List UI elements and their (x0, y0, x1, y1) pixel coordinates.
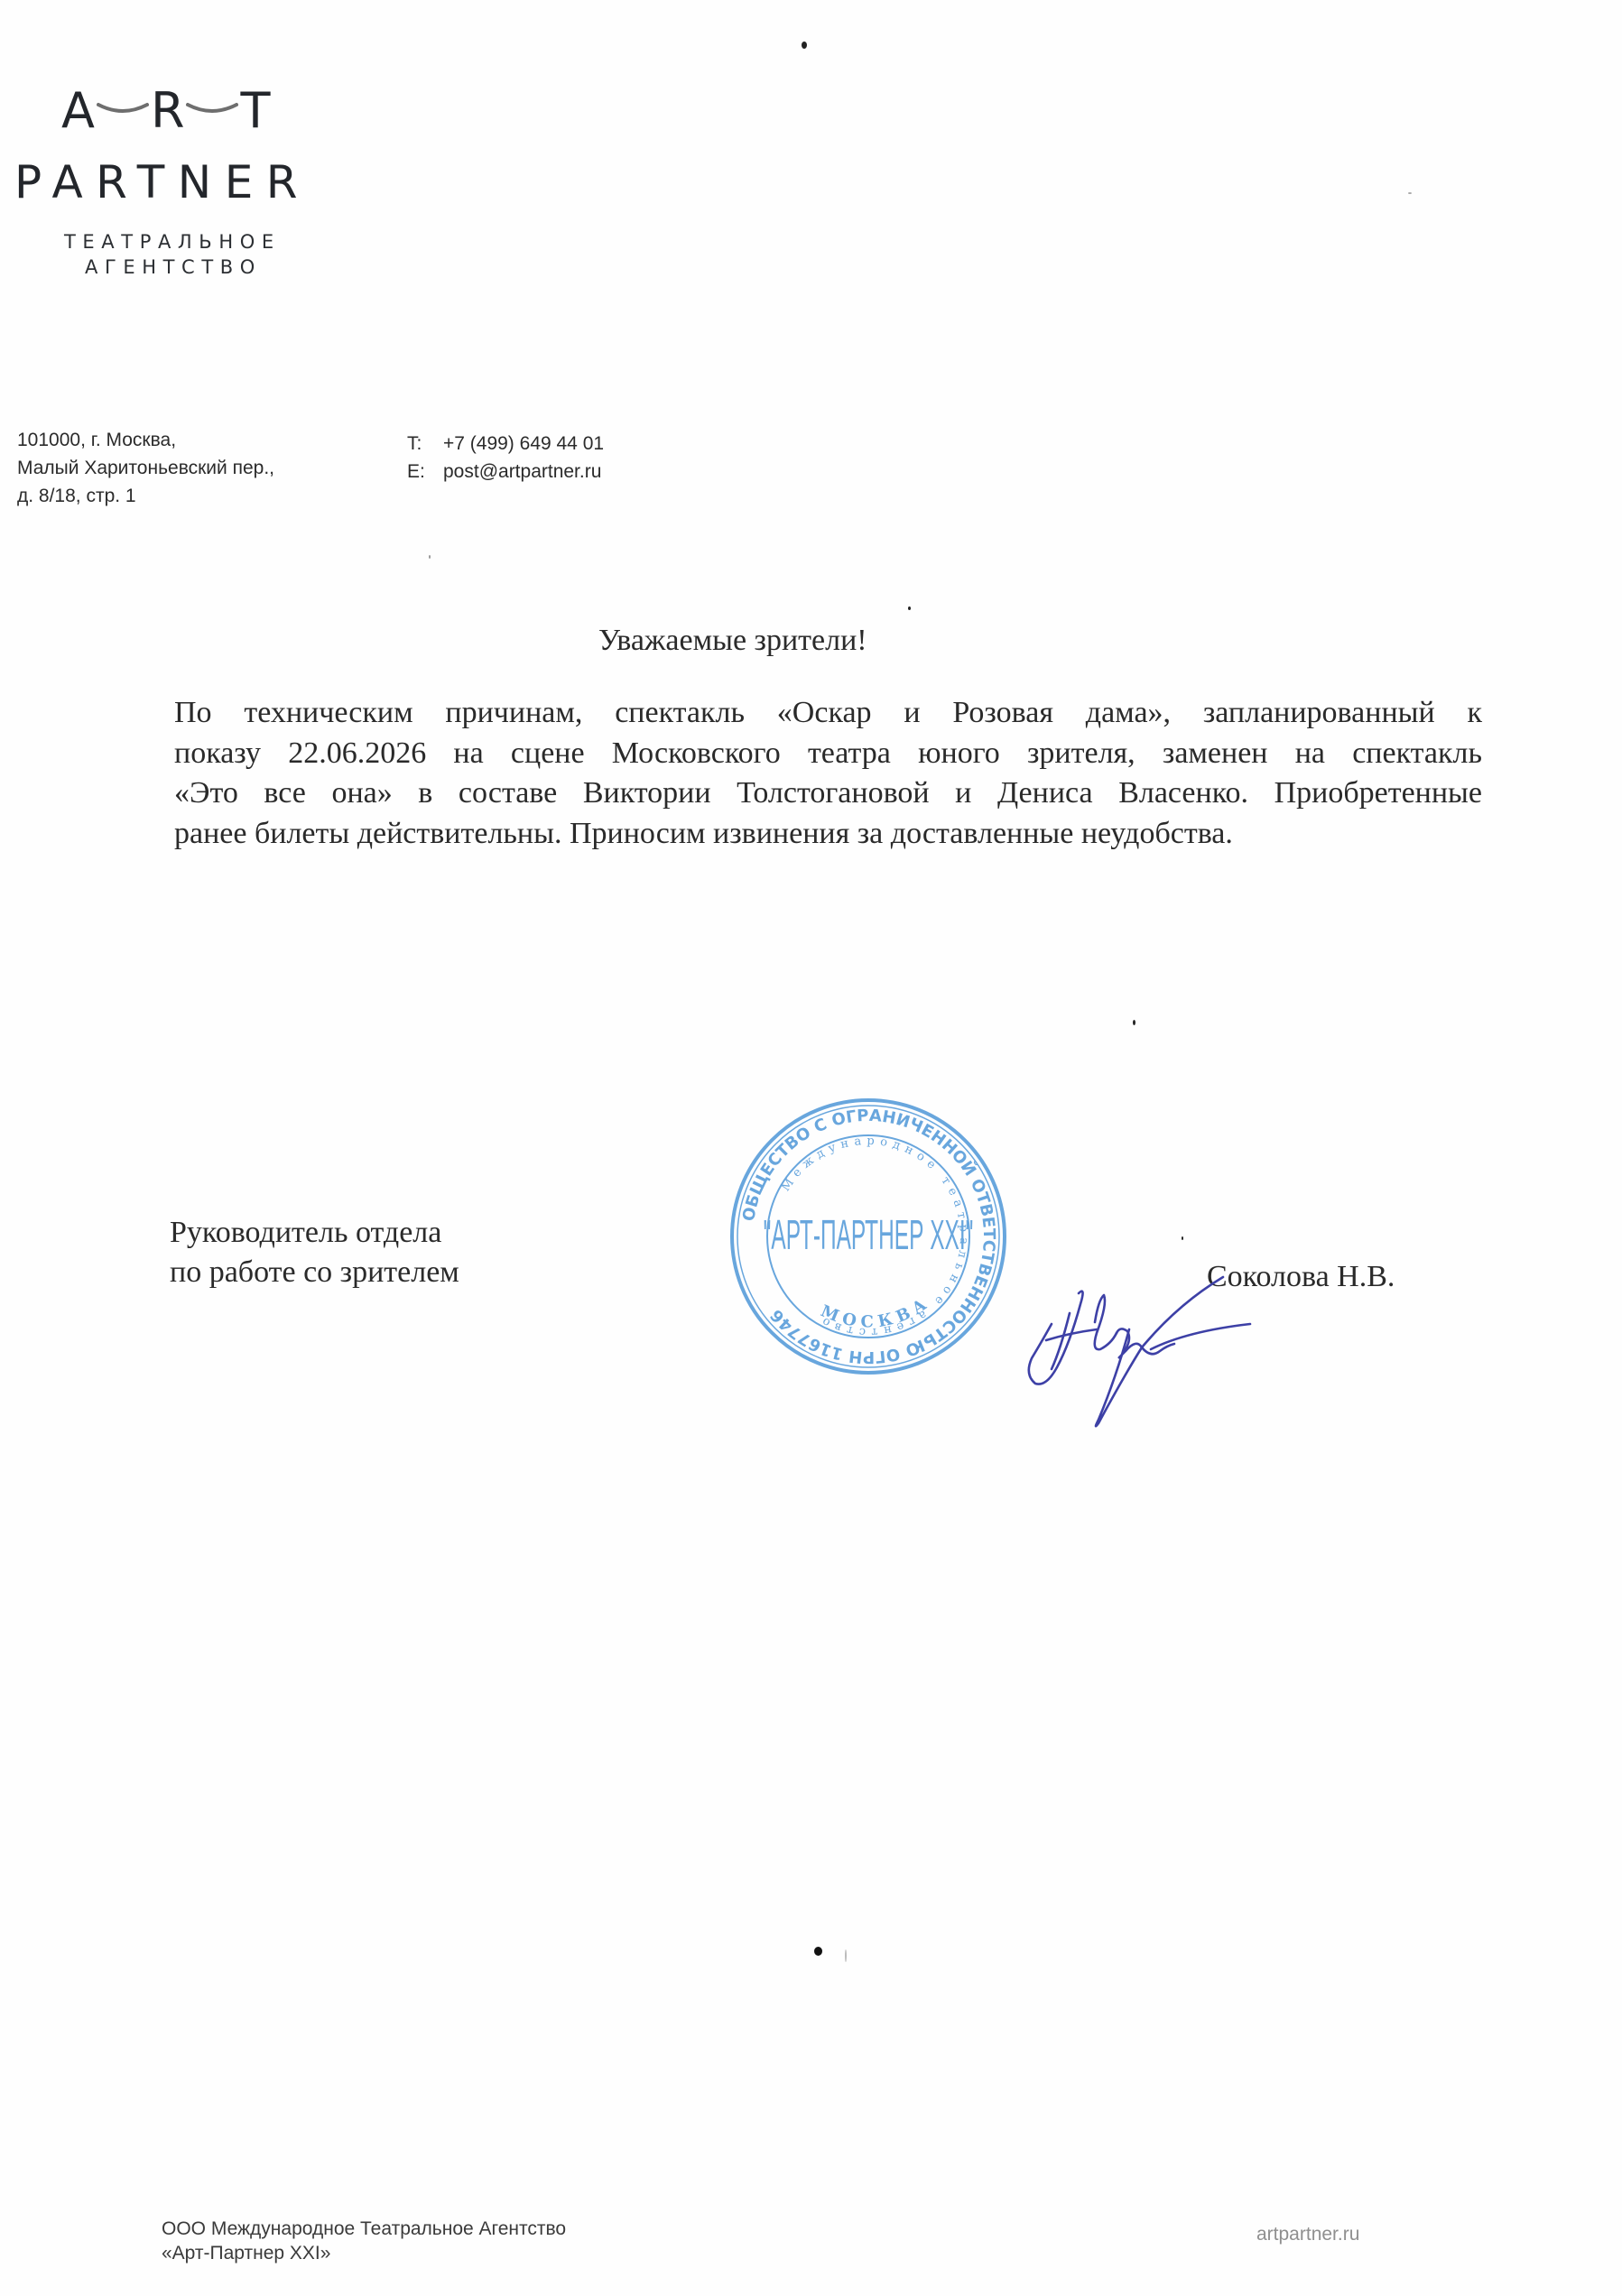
phone-row: T:+7 (499) 649 44 01 (407, 430, 604, 458)
footer-website: artpartner.ru (1256, 2222, 1359, 2246)
address-line: Малый Харитоньевский пер., (17, 454, 274, 482)
logo-subtitle-agency: АГЕНТСТВО (85, 256, 262, 278)
scan-speck (802, 42, 807, 49)
body-line: ранее билеты действительны. Приносим изв… (174, 814, 1482, 855)
scan-speck (1133, 1020, 1135, 1025)
phone-label: T: (407, 430, 443, 458)
footer-org-line: «Арт-Партнер XXI» (162, 2241, 566, 2265)
letter-greeting: Уважаемые зрители! (598, 623, 867, 659)
footer-org-line: ООО Международное Театральное Агентство (162, 2217, 566, 2241)
scan-speck (429, 555, 431, 559)
logo-art-line: ART (61, 87, 270, 135)
letter-body: По техническим причинам, спектакль «Оска… (174, 693, 1482, 854)
letter-page: ART PARTNER ТЕАТРАЛЬНОЕ АГЕНТСТВО 101000… (0, 0, 1622, 2296)
logo-letter-r: R (151, 82, 185, 139)
logo-smile-icon (184, 87, 240, 135)
email-address: post@artpartner.ru (443, 461, 601, 482)
body-line: По техническим причинам, спектакль «Оска… (174, 693, 1482, 734)
logo-letter-a: A (61, 82, 95, 139)
logo-smile-icon (95, 87, 151, 135)
company-address: 101000, г. Москва, Малый Харитоньевский … (17, 426, 274, 510)
phone-number: +7 (499) 649 44 01 (443, 433, 604, 454)
email-label: E: (407, 458, 443, 486)
email-row: E:post@artpartner.ru (407, 458, 604, 486)
signatory-title: Руководитель отдела по работе со зрителе… (170, 1213, 459, 1292)
handwritten-signature (1015, 1268, 1259, 1440)
address-line: 101000, г. Москва, (17, 426, 274, 454)
signatory-title-line: Руководитель отдела (170, 1213, 459, 1253)
logo-partner: PARTNER (14, 159, 310, 206)
scan-speck (1408, 192, 1412, 194)
scan-speck (845, 1949, 847, 1962)
company-stamp: ОБЩЕСТВО С ОГРАНИЧЕННОЙ ОТВЕТСТВЕННОСТЬЮ… (728, 1096, 1009, 1377)
scan-speck (1182, 1236, 1183, 1240)
signatory-title-line: по работе со зрителем (170, 1253, 459, 1292)
body-line: показу 22.06.2026 на сцене Московского т… (174, 734, 1482, 774)
stamp-center-text: "АРТ-ПАРТНЕР XXI" (764, 1212, 974, 1258)
stamp-seal-icon: ОБЩЕСТВО С ОГРАНИЧЕННОЙ ОТВЕТСТВЕННОСТЬЮ… (728, 1096, 1009, 1377)
scan-speck (814, 1947, 822, 1956)
signature-scribble-icon (1015, 1268, 1259, 1440)
logo-subtitle-theatrical: ТЕАТРАЛЬНОЕ (64, 231, 281, 253)
company-contacts: T:+7 (499) 649 44 01 E:post@artpartner.r… (407, 430, 604, 486)
body-line: «Это все она» в составе Виктории Толстог… (174, 773, 1482, 814)
footer-organization: ООО Международное Театральное Агентство … (162, 2217, 566, 2265)
logo-letter-t: T (240, 82, 270, 139)
address-line: д. 8/18, стр. 1 (17, 482, 274, 510)
scan-speck (908, 606, 911, 610)
